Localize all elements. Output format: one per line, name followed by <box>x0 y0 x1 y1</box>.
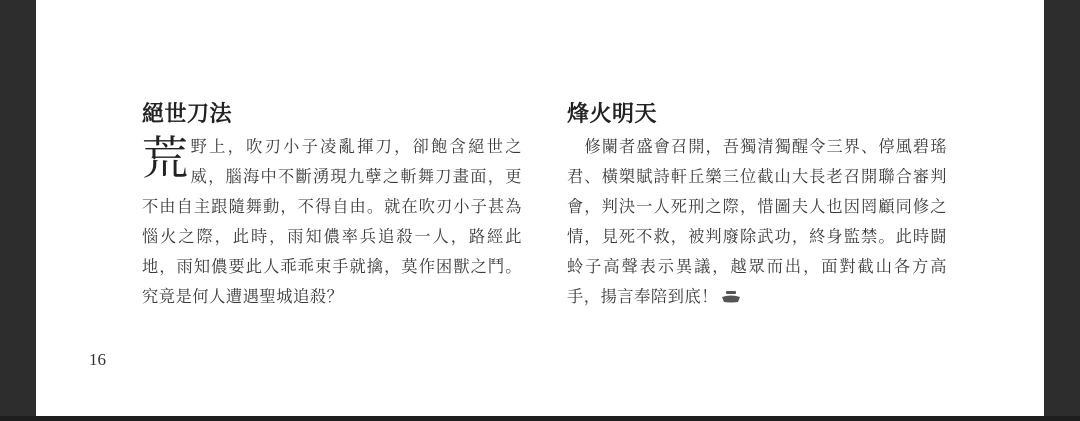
document-page: 絕世刀法 荒野上，吹刃小子凌亂揮刀，卻飽含絕世之威，腦海中不斷湧現九孽之斬舞刀畫… <box>36 0 1044 416</box>
article-title: 絕世刀法 <box>142 100 522 130</box>
end-of-article-icon <box>721 283 741 313</box>
article-right: 烽火明天 修闌者盛會召開，吾獨清獨醒令三界、停風碧瑤君、橫槊賦詩軒丘樂三位截山大… <box>567 100 947 313</box>
article-body: 修闌者盛會召開，吾獨清獨醒令三界、停風碧瑤君、橫槊賦詩軒丘樂三位截山大長老召開聯… <box>567 132 947 313</box>
article-body: 荒野上，吹刃小子凌亂揮刀，卻飽含絕世之威，腦海中不斷湧現九孽之斬舞刀畫面，更不由… <box>142 132 522 312</box>
article-title: 烽火明天 <box>567 100 947 130</box>
article-text: 野上，吹刃小子凌亂揮刀，卻飽含絕世之威，腦海中不斷湧現九孽之斬舞刀畫面，更不由自… <box>142 137 522 306</box>
page-number: 16 <box>89 350 106 370</box>
document-viewer: 絕世刀法 荒野上，吹刃小子凌亂揮刀，卻飽含絕世之威，腦海中不斷湧現九孽之斬舞刀畫… <box>0 0 1080 421</box>
article-text: 修闌者盛會召開，吾獨清獨醒令三界、停風碧瑤君、橫槊賦詩軒丘樂三位截山大長老召開聯… <box>567 137 947 306</box>
drop-cap: 荒 <box>142 134 189 182</box>
page-bottom-edge <box>0 416 1080 421</box>
article-left: 絕世刀法 荒野上，吹刃小子凌亂揮刀，卻飽含絕世之威，腦海中不斷湧現九孽之斬舞刀畫… <box>142 100 522 312</box>
